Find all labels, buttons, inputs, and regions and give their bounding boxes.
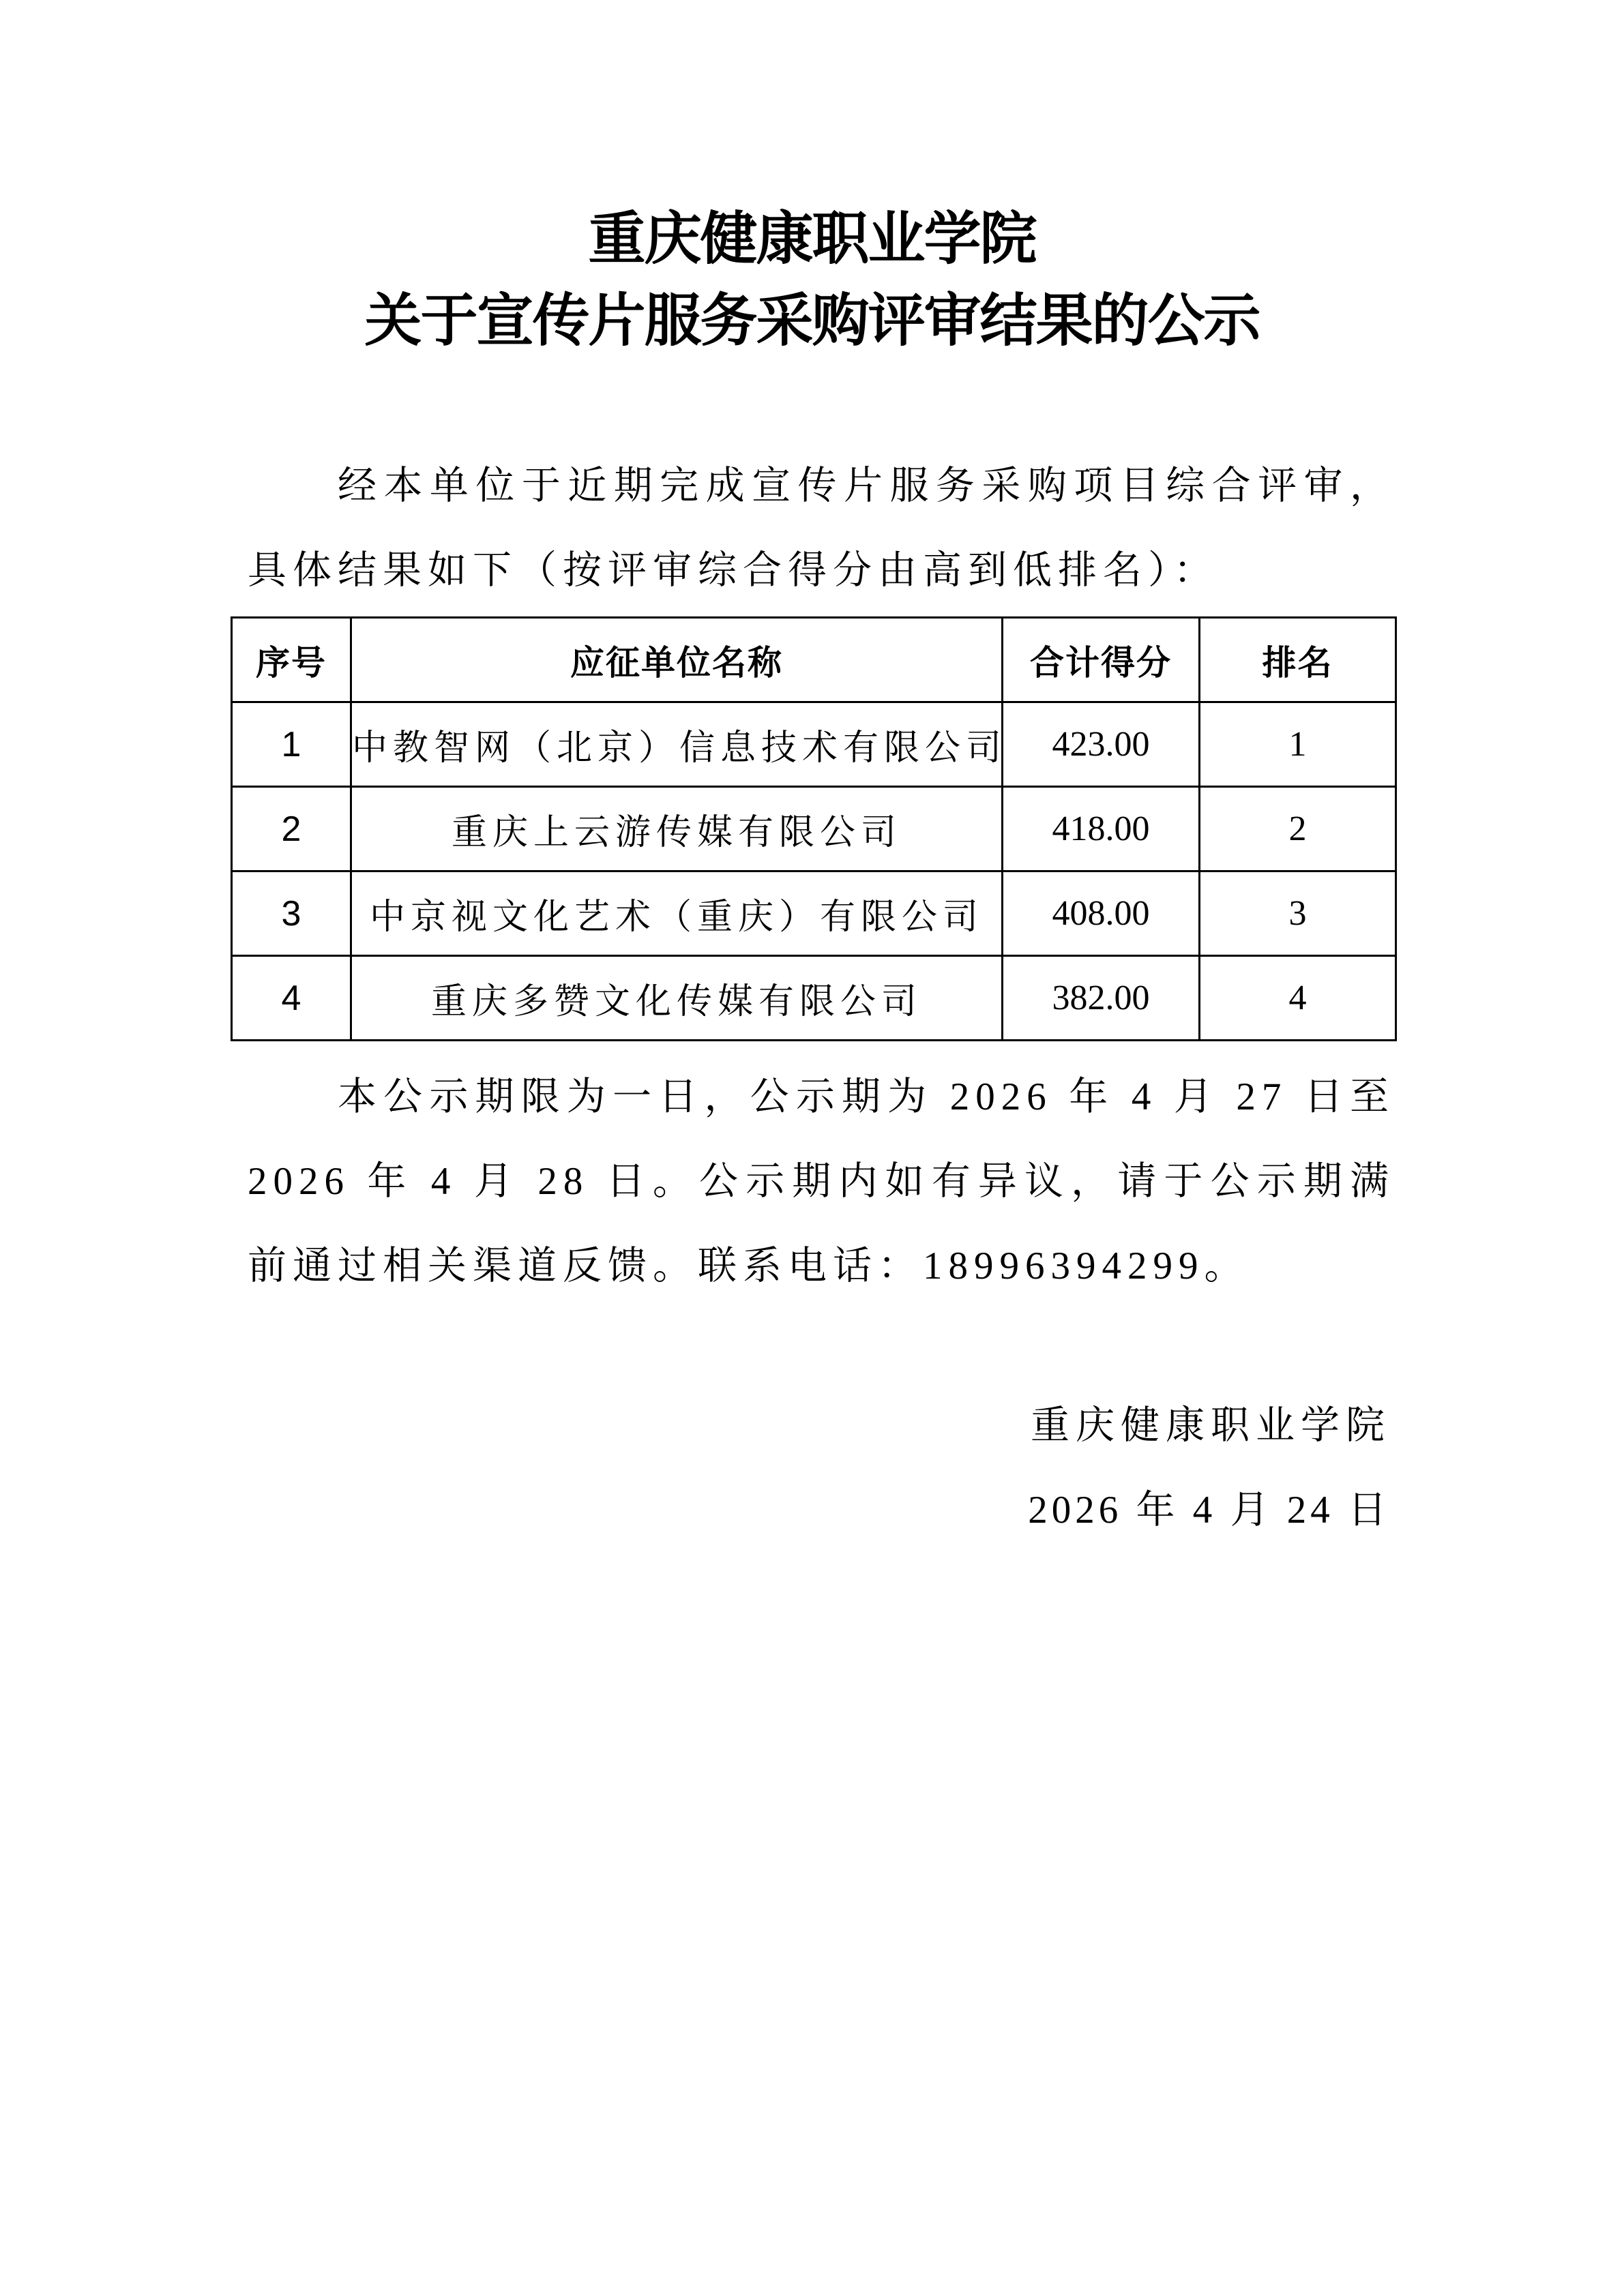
cell-name: 重庆多赞文化传媒有限公司 <box>351 956 1003 1041</box>
cell-rank: 1 <box>1200 702 1396 787</box>
document-title-line2: 关于宣传片服务采购评审结果的公示 <box>0 281 1624 363</box>
evaluation-results-table: 序号 应征单位名称 合计得分 排名 1 中教智网（北京）信息技术有限公司 423… <box>231 616 1397 1041</box>
header-rank: 排名 <box>1200 618 1396 702</box>
header-index: 序号 <box>232 618 351 702</box>
cell-index: 3 <box>232 871 351 956</box>
header-name: 应征单位名称 <box>351 618 1003 702</box>
cell-index: 1 <box>232 702 351 787</box>
cell-index: 4 <box>232 956 351 1041</box>
cell-rank: 4 <box>1200 956 1396 1041</box>
cell-rank: 2 <box>1200 787 1396 871</box>
document-page: 重庆健康职业学院 关于宣传片服务采购评审结果的公示 经本单位于近期完成宣传片服务… <box>0 0 1624 2296</box>
header-score: 合计得分 <box>1003 618 1200 702</box>
signature-organization: 重庆健康职业学院 <box>1031 1394 1391 1450</box>
cell-name: 重庆上云游传媒有限公司 <box>351 787 1003 871</box>
table-row: 1 中教智网（北京）信息技术有限公司 423.00 1 <box>232 702 1396 787</box>
cell-index: 2 <box>232 787 351 871</box>
cell-score: 423.00 <box>1003 702 1200 787</box>
cell-score: 408.00 <box>1003 871 1200 956</box>
table-header-row: 序号 应征单位名称 合计得分 排名 <box>232 618 1396 702</box>
table-row: 4 重庆多赞文化传媒有限公司 382.00 4 <box>232 956 1396 1041</box>
document-title-line1: 重庆健康职业学院 <box>0 199 1624 281</box>
cell-score: 418.00 <box>1003 787 1200 871</box>
cell-rank: 3 <box>1200 871 1396 956</box>
table-row: 3 中京视文化艺术（重庆）有限公司 408.00 3 <box>232 871 1396 956</box>
cell-score: 382.00 <box>1003 956 1200 1041</box>
notice-paragraph: 本公示期限为一日，公示期为 2026 年 4 月 27 日至 2026 年 4 … <box>248 1055 1395 1309</box>
intro-paragraph: 经本单位于近期完成宣传片服务采购项目综合评审，具体结果如下（按评审综合得分由高到… <box>248 444 1395 613</box>
signature-date: 2026 年 4 月 24 日 <box>1028 1478 1391 1534</box>
cell-name: 中京视文化艺术（重庆）有限公司 <box>351 871 1003 956</box>
cell-name: 中教智网（北京）信息技术有限公司 <box>351 702 1003 787</box>
table-row: 2 重庆上云游传媒有限公司 418.00 2 <box>232 787 1396 871</box>
